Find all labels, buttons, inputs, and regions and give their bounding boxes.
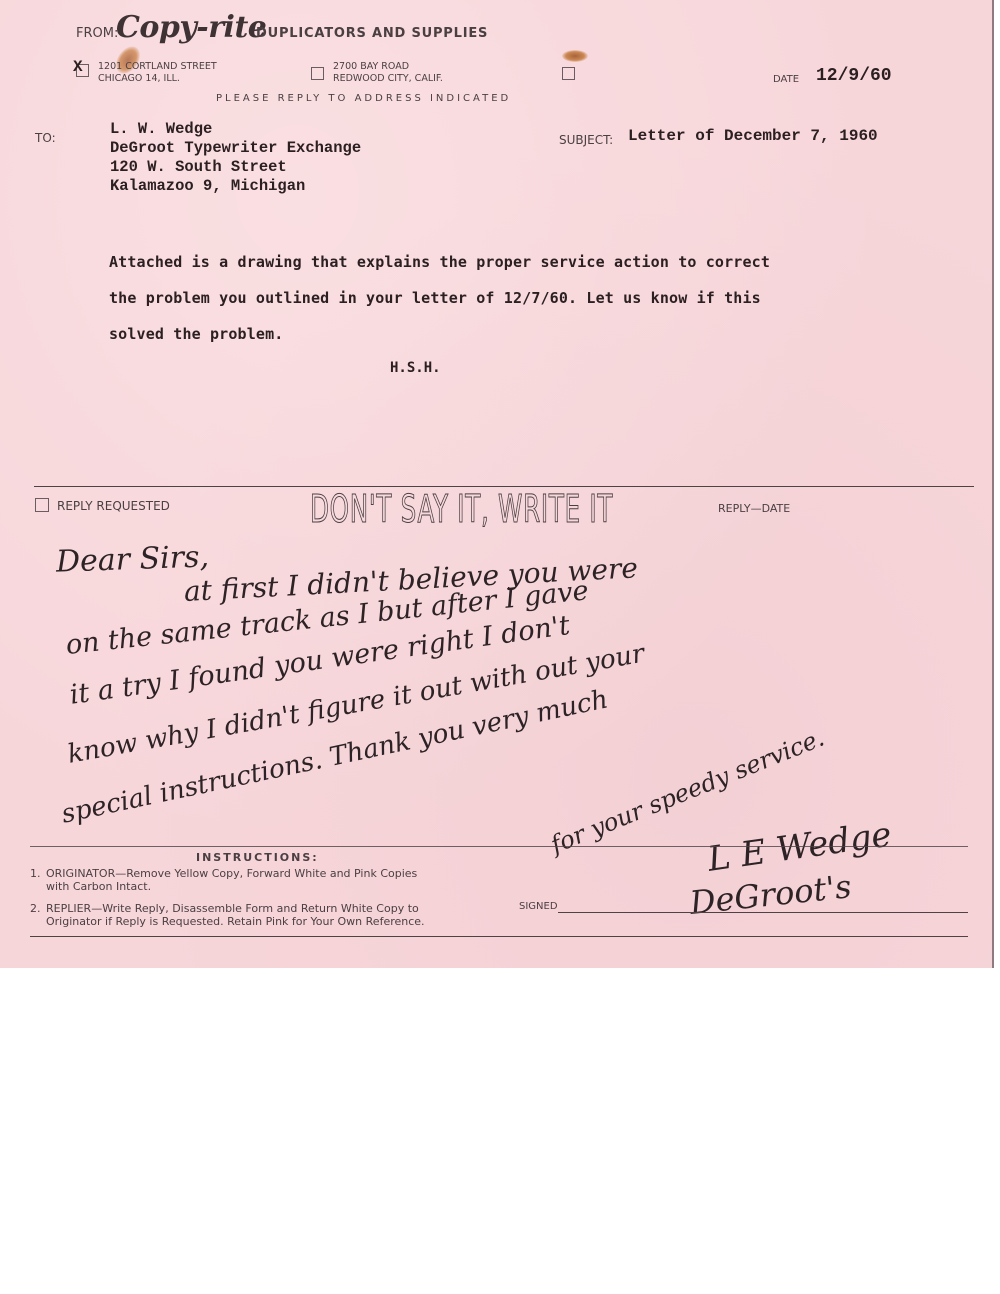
instruction-text-cont: Originator if Reply is Requested. Retain… [46, 915, 425, 928]
signed-label: SIGNED [519, 901, 558, 912]
instruction-item-2: 2.REPLIER—Write Reply, Disassemble Form … [30, 902, 425, 928]
form-bottom-rule [30, 936, 968, 937]
instruction-text-cont: with Carbon Intact. [46, 880, 151, 893]
memo-form-sheet: FROM: Copy-rite DUPLICATORS AND SUPPLIES… [0, 0, 994, 968]
instruction-number: 2. [30, 902, 46, 915]
instruction-text: ORIGINATOR—Remove Yellow Copy, Forward W… [46, 867, 417, 880]
signature-line[interactable] [558, 912, 968, 913]
instruction-text: REPLIER—Write Reply, Disassemble Form an… [46, 902, 419, 915]
instruction-number: 1. [30, 867, 46, 880]
signature-name: L E Wedge [705, 814, 894, 879]
instructions-heading: INSTRUCTIONS: [196, 851, 319, 864]
instructions-top-rule [30, 846, 968, 847]
handwritten-line: Dear Sirs, [55, 539, 209, 579]
handwritten-reply: Dear Sirs, at first I didn't believe you… [0, 0, 992, 968]
instruction-item-1: 1.ORIGINATOR—Remove Yellow Copy, Forward… [30, 867, 417, 893]
